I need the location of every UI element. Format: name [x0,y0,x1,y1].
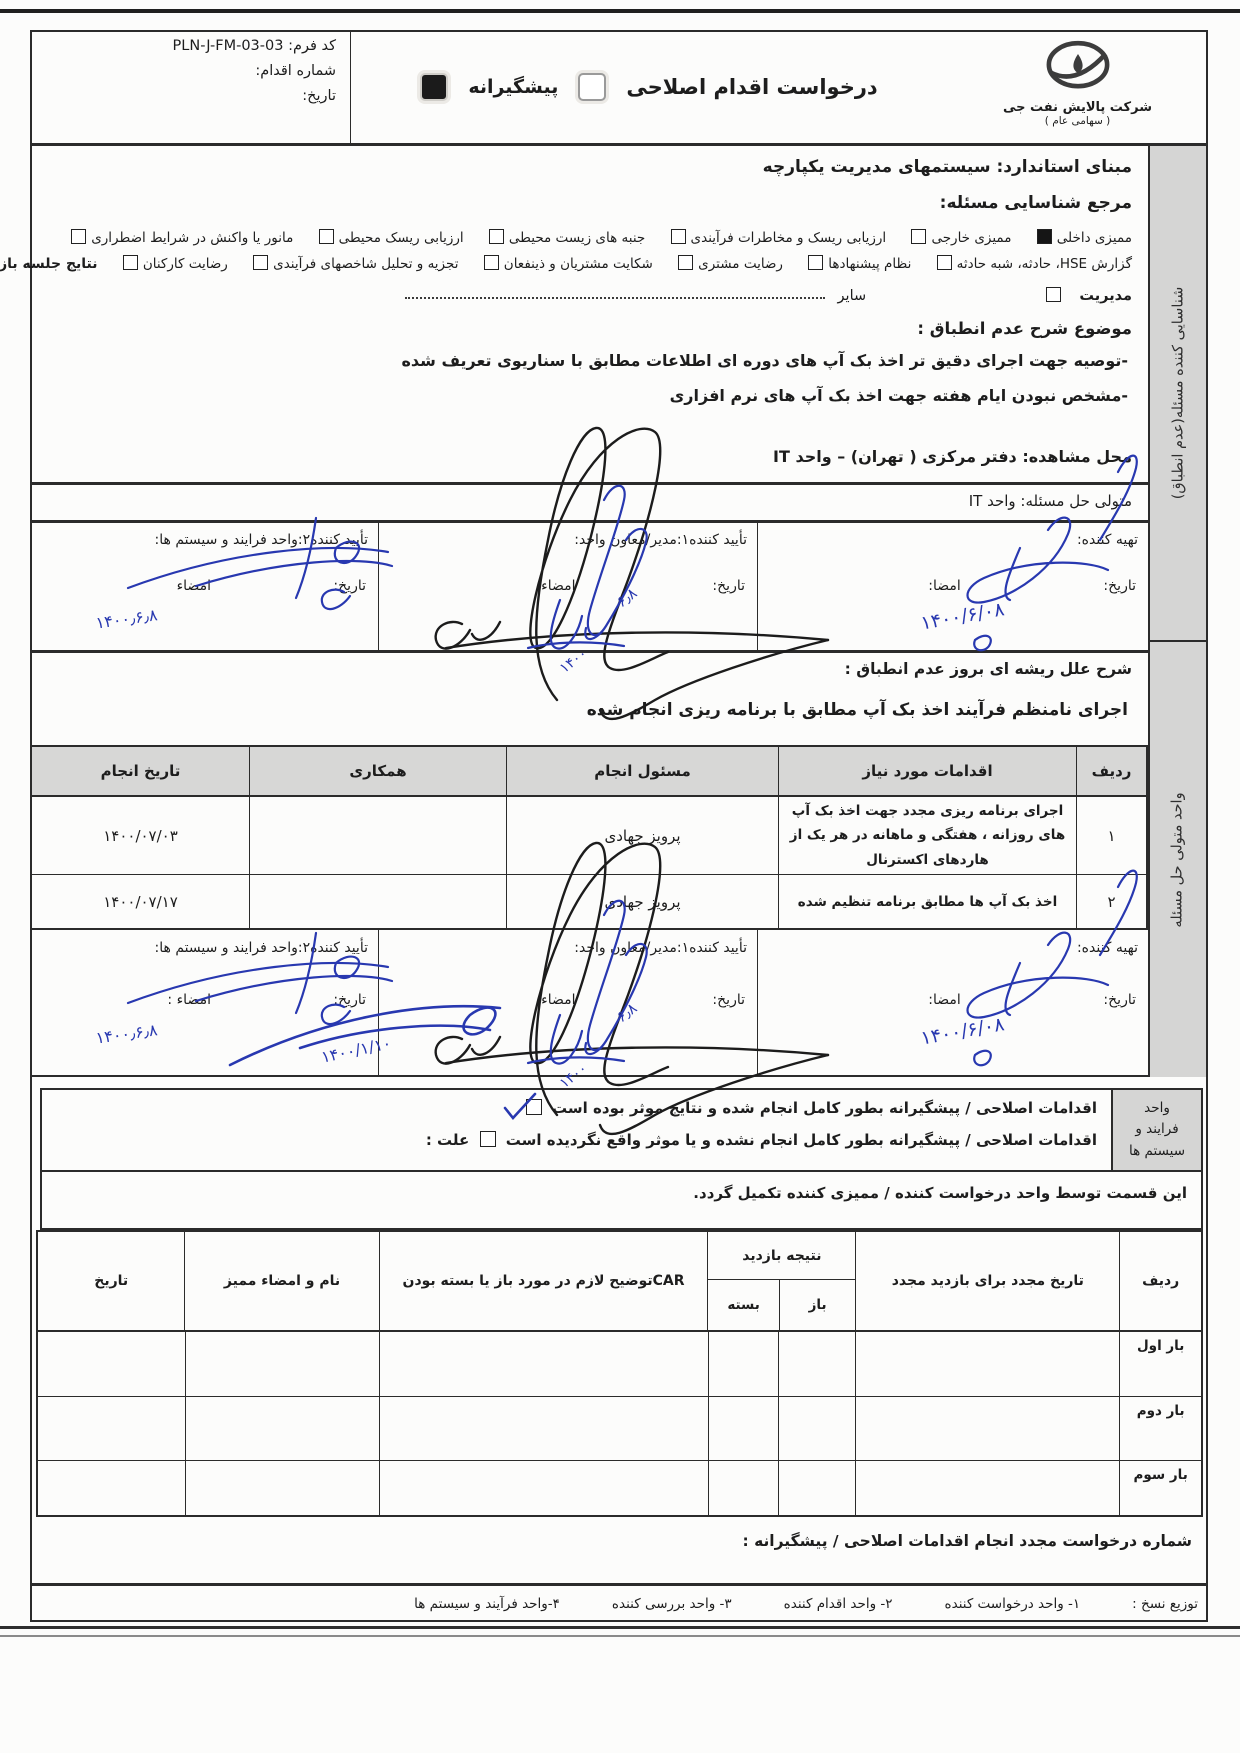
form-title: درخواست اقدام اصلاحی [626,75,877,99]
process-unit-label: واحد فرایند و سیستم ها [1111,1090,1201,1170]
date-label: تاریخ: [333,992,366,1008]
nonconformity-line2: -مشخص نبودن ایام هفته جهت اخذ بک آپ های … [670,386,1128,405]
header-date-label: تاریخ: [45,88,336,104]
signature-label: امضاء [177,578,211,594]
preparer-label: تهیه کننده: [1077,532,1138,548]
cooperation-cell [249,797,506,874]
identification-section: مبنای استاندارد: سیستمهای مدیریت یکپارچه… [30,147,1148,482]
col-date-header: تاریخ انجام [32,747,249,795]
company-logo-block: شرکت پالایش نفت جی ( سهامی عام ) [947,30,1208,143]
preventive-checkbox-icon [420,73,448,101]
other-label: سایر [838,288,867,304]
source-label: تجزیه و تحلیل شاخصهای فرآیندی [273,256,458,272]
other-dotted-line [405,285,825,299]
source-label: مانور یا واکنش در شرایط اضطراری [91,230,293,246]
source-item: گزارش HSE، حادثه، شبه حادثه [932,256,1132,272]
process-unit-label-2: فرایند و [1135,1119,1178,1141]
checkbox-icon [808,255,823,270]
signature-block-1: تهیه کننده: تاریخ: امضا: تأیید کننده۱:مد… [30,522,1148,650]
source-label: ارزیابی ریسک و مخاطرات فرآیندی [691,230,887,246]
empty-cell [708,1332,779,1396]
distribution-item: ۱- واحد درخواست کننده [945,1596,1081,1612]
source-item: نظام پیشنهادها [803,256,911,272]
standard-basis: مبنای استاندارد: سیستمهای مدیریت یکپارچه [763,157,1132,177]
row-number: ۲ [1076,875,1146,928]
distribution-item: ۳- واحد بررسی کننده [612,1596,732,1612]
source-row-1: ممیزی داخلی ممیزی خارجی ارزیابی ریسک و م… [66,229,1132,246]
divider [30,482,1148,485]
source-item: ارزیابی ریسک و مخاطرات فرآیندی [666,230,887,246]
company-type: ( سهامی عام ) [947,115,1208,127]
form-code-block: کد فرم: PLN-J-FM-03-03 شماره اقدام: تاری… [30,30,350,143]
distribution-label: توزیع نسخ : [1132,1596,1198,1612]
row-label: بار اول [1119,1332,1201,1396]
preventive-label: پیشگیرانه [468,76,558,98]
divider [30,650,1148,653]
signature-label: امضاء : [167,992,211,1008]
scanned-form-page: کد فرم: PLN-J-FM-03-03 شماره اقدام: تاری… [0,0,1240,1753]
empty-cell [778,1397,855,1460]
responsible-name: پرویز جهادی [506,875,778,928]
date-label: تاریخ: [1103,578,1136,594]
effective-checkbox-icon [526,1099,542,1115]
action-number-label: شماره اقدام: [45,63,336,79]
empty-cell [185,1397,379,1460]
sidebar-solver-section: واحد متولی حل مسئله [1148,640,1206,1077]
checkbox-icon [123,255,138,270]
root-cause-heading: شرح علل ریشه ای بروز عدم انطباق : [30,660,1148,678]
signature-label: امضا: [928,578,961,594]
sig1-approver2-cell: تأیید کننده۲:واحد فرایند و سیستم ها: تار… [30,522,378,650]
signature-label: امضاء: [536,992,575,1008]
sig2-preparer-cell: تهیه کننده: تاریخ: امضا: [757,930,1148,1075]
date-label: تاریخ: [333,578,366,594]
header-divider [30,143,1208,146]
rt-col-revisit: تاریخ مجدد برای بازدید مجدد [855,1232,1119,1330]
row-label: بار دوم [1119,1397,1201,1460]
form-code-label: کد فرم: [288,38,336,54]
empty-cell [855,1461,1119,1515]
ineffective-line: اقدامات اصلاحی / پیشگیرانه بطور کامل انج… [42,1131,1097,1149]
actions-table-row-1: ۱ اجرای برنامه ریزی مجدد جهت اخذ بک آپ ه… [32,797,1146,875]
checked-checkbox-icon [1037,229,1052,244]
completion-note: این قسمت توسط واحد درخواست کننده / ممیزی… [42,1172,1201,1202]
approver2-label: تأیید کننده۲:واحد فرایند و سیستم ها: [155,532,368,548]
process-unit-body: اقدامات اصلاحی / پیشگیرانه بطور کامل انج… [42,1090,1111,1170]
responsible-name: پرویز جهادی [506,797,778,874]
review-row-2: بار دوم [38,1397,1201,1461]
source-item: ممیزی خارجی [906,230,1011,246]
action-date: ۱۴۰۰/۰۷/۱۷ [32,875,249,928]
empty-cell [855,1332,1119,1396]
source-label: رضایت کارکنان [143,256,228,272]
checkbox-icon [489,229,504,244]
distribution-row: توزیع نسخ : ۱- واحد درخواست کننده ۲- واح… [30,1586,1208,1622]
checkbox-icon [937,255,952,270]
process-unit-section: واحد فرایند و سیستم ها اقدامات اصلاحی / … [40,1088,1203,1172]
form-header: کد فرم: PLN-J-FM-03-03 شماره اقدام: تاری… [30,30,1208,143]
ineffective-text: اقدامات اصلاحی / پیشگیرانه بطور کامل انج… [506,1131,1097,1149]
source-label: ممیزی داخلی [1057,230,1132,246]
empty-cell [778,1332,855,1396]
empty-cell [855,1397,1119,1460]
signature-block-2: تهیه کننده: تاریخ: امضا: تأیید کننده۱:مد… [30,930,1148,1077]
management-other-row: مدیریت سایر [405,285,1132,304]
renewal-request-label: شماره درخواست مجدد انجام اقدامات اصلاحی … [30,1532,1208,1550]
checkbox-icon [71,229,86,244]
source-label: نظام پیشنهادها [828,256,911,272]
scan-edge-line [0,9,1240,13]
sidebar-solver-label: واحد متولی حل مسئله [1170,792,1186,927]
sig2-approver2-cell: تأیید کننده۲:واحد فرایند و سیستم ها: تار… [30,930,378,1075]
signature-label: امضا: [928,992,961,1008]
actions-table-header: ردیف اقدامات مورد نیاز مسئول انجام همکار… [32,747,1146,797]
rt-open-label: باز [779,1280,855,1330]
date-label: تاریخ: [712,992,745,1008]
rt-col-row: ردیف [1119,1232,1201,1330]
source-item: رضایت مشتری [673,256,783,272]
process-unit-label-1: واحد [1144,1098,1170,1120]
checkbox-icon [671,229,686,244]
source-label: ارزیابی ریسک محیطی [339,230,464,246]
distribution-item: ۴-واحد فرآیند و سیستم ها [414,1596,560,1612]
management-label: مدیریت [1079,288,1132,304]
action-text: اجرای برنامه ریزی مجدد جهت اخذ بک آپ های… [778,797,1076,874]
source-row-2: گزارش HSE، حادثه، شبه حادثه نظام پیشنهاد… [0,255,1132,272]
action-date: ۱۴۰۰/۰۷/۰۳ [32,797,249,874]
row-number: ۱ [1076,797,1146,874]
source-item: تجزیه و تحلیل شاخصهای فرآیندی [248,256,458,272]
source-item: شکایت مشتریان و ذینفعان [479,256,653,272]
form-title-block: درخواست اقدام اصلاحی پیشگیرانه [350,30,947,143]
approver1-label: تأیید کننده۱:مدیر/معاون واحد: [574,532,747,548]
checkbox-icon [484,255,499,270]
distribution-item: ۲- واحد اقدام کننده [784,1596,893,1612]
source-heading: مرجع شناسایی مسئله: [940,193,1132,213]
signature-label: امضاء [541,578,575,594]
empty-cell [379,1397,708,1460]
empty-cell [185,1332,379,1396]
nonconformity-heading: موضوع شرح عدم انطباق : [917,319,1132,338]
review-table-header: ردیف تاریخ مجدد برای بازدید مجدد نتیجه ب… [38,1232,1201,1332]
col-row-header: ردیف [1076,747,1146,795]
completion-note-row: این قسمت توسط واحد درخواست کننده / ممیزی… [40,1172,1203,1230]
approver1-label: تأیید کننده۱:مدیر/معاون واحد: [574,940,747,956]
empty-cell [185,1461,379,1515]
date-label: تاریخ: [712,578,745,594]
rt-col-date: تاریخ [38,1232,184,1330]
sidebar-identifier-section: شناسایی کننده مسئله(عدم انطباق) [1148,146,1206,640]
empty-cell [708,1397,779,1460]
rt-result-label: نتیجه بازدید [708,1232,855,1280]
rt-col-result: نتیجه بازدید باز بسته [707,1232,855,1330]
company-name: شرکت پالایش نفت جی [947,100,1208,115]
rt-col-car: CARتوضیح لازم در مورد باز یا بسته بودن [379,1232,708,1330]
source-item: مانور یا واکنش در شرایط اضطراری [66,230,293,246]
observation-location: محل مشاهده: دفتر مرکزی ( تهران) – واحد I… [773,447,1132,466]
col-action-header: اقدامات مورد نیاز [778,747,1076,795]
cause-label: علت : [426,1131,469,1149]
checkbox-icon [678,255,693,270]
management-checkbox-icon [1046,287,1061,302]
problem-solver-row: متولی حل مسئله: واحد IT [30,492,1148,510]
col-responsible-header: مسئول انجام [506,747,778,795]
source-label: گزارش HSE، حادثه، شبه حادثه [957,256,1132,272]
rt-col-auditor: نام و امضاء ممیز [184,1232,378,1330]
source-item: جنبه های زیست محیطی [484,230,645,246]
action-text: اخذ بک آپ ها مطابق برنامه تنظیم شده [778,875,1076,928]
date-label: تاریخ: [1103,992,1136,1008]
source-label: رضایت مشتری [698,256,783,272]
source-label: جنبه های زیست محیطی [509,230,645,246]
sig1-preparer-cell: تهیه کننده: تاریخ: امضا: [757,522,1148,650]
review-row-3: بار سوم [38,1461,1201,1515]
col-cooperation-header: همکاری [249,747,506,795]
empty-cell [379,1461,708,1515]
root-cause-text: اجرای نامنظم فرآیند اخذ بک آپ مطابق با ب… [30,700,1148,720]
company-logo-icon [1032,34,1124,100]
row-label: بار سوم [1119,1461,1201,1515]
source-item: ارزیابی ریسک محیطی [314,230,464,246]
review-table: ردیف تاریخ مجدد برای بازدید مجدد نتیجه ب… [36,1230,1203,1517]
preparer-label: تهیه کننده: [1077,940,1138,956]
source-item: ممیزی داخلی [1032,230,1132,246]
approver2-label: تأیید کننده۲:واحد فرایند و سیستم ها: [155,940,368,956]
actions-table-row-2: ۲ اخذ بک آپ ها مطابق برنامه تنظیم شده پر… [32,875,1146,928]
sig1-approver1-cell: تأیید کننده۱:مدیر/معاون واحد: تاریخ: امض… [378,522,757,650]
ineffective-checkbox-icon [480,1131,496,1147]
actions-table: ردیف اقدامات مورد نیاز مسئول انجام همکار… [30,745,1148,930]
empty-cell [38,1461,185,1515]
checkbox-icon [911,229,926,244]
effective-line: اقدامات اصلاحی / پیشگیرانه بطور کامل انج… [42,1099,1097,1117]
empty-cell [708,1461,779,1515]
page-bottom-double-line [0,1626,1240,1637]
checkbox-icon [319,229,334,244]
form-code-line: کد فرم: PLN-J-FM-03-03 [45,38,336,54]
empty-cell [778,1461,855,1515]
review-results-label: نتایج جلسه بازنگری [0,256,98,272]
empty-cell [38,1397,185,1460]
empty-cell [38,1332,185,1396]
rt-closed-label: بسته [708,1280,779,1330]
empty-cell [379,1332,708,1396]
process-unit-label-3: سیستم ها [1129,1141,1185,1163]
source-label: ممیزی خارجی [931,230,1011,246]
cooperation-cell [249,875,506,928]
source-label: شکایت مشتریان و ذینفعان [504,256,653,272]
effective-text: اقدامات اصلاحی / پیشگیرانه بطور کامل انج… [552,1099,1097,1117]
form-code-value: PLN-J-FM-03-03 [173,38,284,54]
corrective-checkbox-icon [578,73,606,101]
sig2-approver1-cell: تأیید کننده۱:مدیر/معاون واحد: تاریخ: امض… [378,930,757,1075]
nonconformity-line1: -توصیه جهت اجرای دقیق تر اخذ بک آپ های د… [401,351,1128,370]
checkbox-icon [253,255,268,270]
sidebar-identifier-label: شناسایی کننده مسئله(عدم انطباق) [1170,287,1186,500]
review-row-1: بار اول [38,1332,1201,1397]
source-item: رضایت کارکنان [118,256,228,272]
